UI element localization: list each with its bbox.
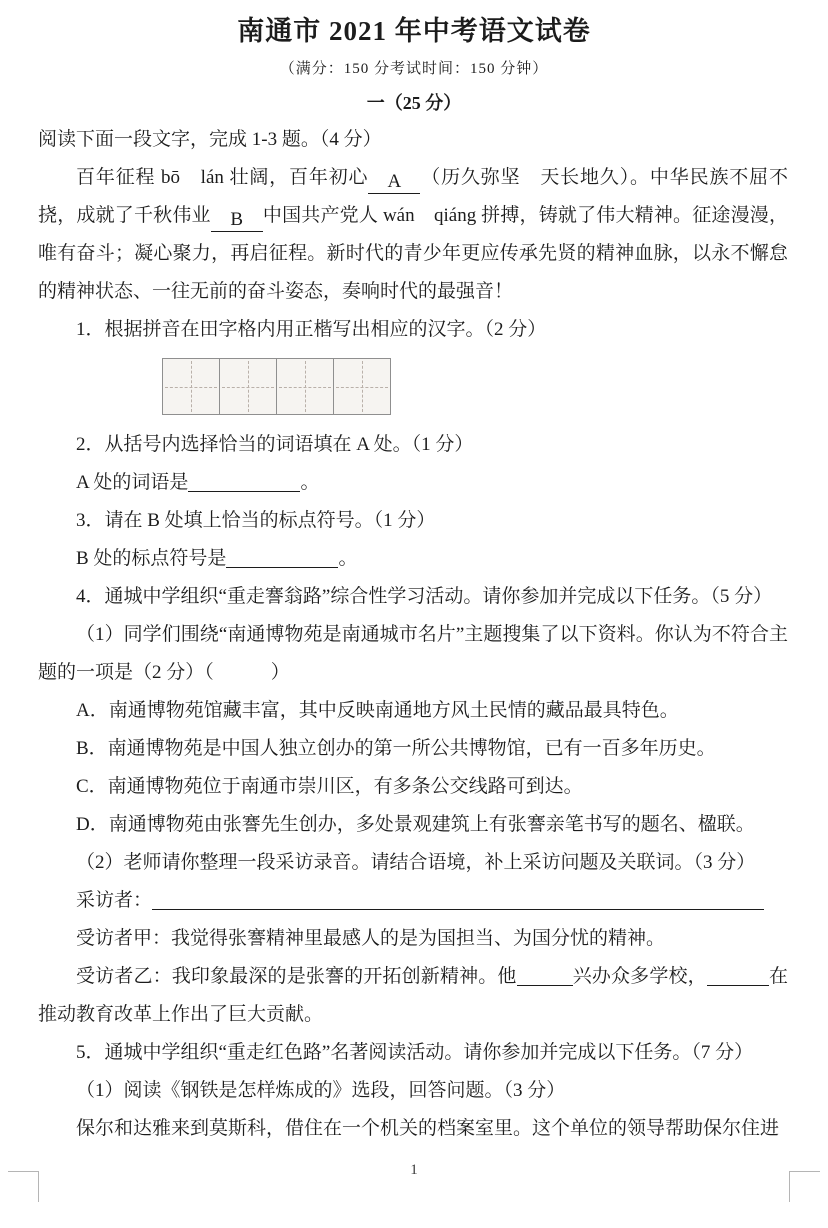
section-heading: 一（25 分） — [0, 92, 828, 114]
answer-blank[interactable]: A — [368, 169, 420, 194]
grid-dashed-hline — [279, 387, 331, 388]
writing-grid-cell[interactable] — [334, 359, 390, 414]
grid-dashed-hline — [165, 387, 217, 388]
interviewer-line: 采访者： — [38, 882, 788, 920]
grid-dashed-hline — [222, 387, 274, 388]
writing-grid-cell[interactable] — [277, 359, 334, 414]
document-body: 阅读下面一段文字，完成 1-3 题。（4 分）百年征程 bō lán 壮阔，百年… — [0, 114, 828, 1148]
answer-blank[interactable] — [707, 961, 769, 986]
text-run: 。 — [338, 548, 357, 569]
answer-blank[interactable]: B — [211, 207, 263, 232]
text-run: 5．通城中学组织“重走红色路”名著阅读活动。请你参加并完成以下任务。（7 分） — [76, 1042, 753, 1063]
document-subtitle: （满分：150 分考试时间：150 分钟） — [0, 59, 828, 79]
text-run: （2）老师请你整理一段采访录音。请结合语境，补上采访问题及关联词。（3 分） — [76, 852, 755, 873]
reading-passage-line: 保尔和达雅来到莫斯科，借住在一个机关的档案室里。这个单位的领导帮助保尔住进 — [38, 1110, 788, 1148]
intro-instruction: 阅读下面一段文字，完成 1-3 题。（4 分） — [38, 121, 788, 159]
question-3: 3．请在 B 处填上恰当的标点符号。（1 分） — [38, 502, 788, 540]
question-3-answer-line: B 处的标点符号是。 — [38, 540, 788, 578]
question-4: 4．通城中学组织“重走謇翁路”综合性学习活动。请你参加并完成以下任务。（5 分） — [38, 578, 788, 616]
question-2-answer-line: A 处的词语是。 — [38, 464, 788, 502]
text-run: 受访者乙：我印象最深的是张謇的开拓创新精神。他 — [76, 966, 517, 987]
option-d: D．南通博物苑由张謇先生创办，多处景观建筑上有张謇亲笔书写的题名、楹联。 — [38, 806, 788, 844]
answer-blank[interactable] — [188, 467, 300, 492]
text-run: 3．请在 B 处填上恰当的标点符号。（1 分） — [76, 510, 435, 531]
crop-mark-bottom-left — [8, 1171, 39, 1202]
question-5: 5．通城中学组织“重走红色路”名著阅读活动。请你参加并完成以下任务。（7 分） — [38, 1034, 788, 1072]
text-run: 4．通城中学组织“重走謇翁路”综合性学习活动。请你参加并完成以下任务。（5 分） — [76, 586, 772, 607]
answer-blank[interactable] — [517, 961, 573, 986]
question-4-2: （2）老师请你整理一段采访录音。请结合语境，补上采访问题及关联词。（3 分） — [38, 844, 788, 882]
pinyin-writing-grid — [162, 358, 391, 415]
text-run: B 处的标点符号是 — [76, 548, 226, 569]
text-run: 受访者甲：我觉得张謇精神里最感人的是为国担当、为国分忧的精神。 — [76, 928, 665, 949]
text-run: （1）同学们围绕“南通博物苑是南通城市名片”主题搜集了以下资料。你认为不符合主题… — [38, 624, 788, 683]
option-c: C．南通博物苑位于南通市崇川区，有多条公交线路可到达。 — [38, 768, 788, 806]
passage-paragraph: 百年征程 bō lán 壮阔，百年初心A（历久弥坚 天长地久）。中华民族不屈不挠… — [38, 159, 788, 311]
text-run: 保尔和达雅来到莫斯科，借住在一个机关的档案室里。这个单位的领导帮助保尔住进 — [76, 1118, 779, 1139]
question-4-1: （1）同学们围绕“南通博物苑是南通城市名片”主题搜集了以下资料。你认为不符合主题… — [38, 616, 788, 692]
text-run: C．南通博物苑位于南通市崇川区，有多条公交线路可到达。 — [76, 776, 583, 797]
interviewee-a-line: 受访者甲：我觉得张謇精神里最感人的是为国担当、为国分忧的精神。 — [38, 920, 788, 958]
exam-paper-page: 南通市 2021 年中考语文试卷 （满分：150 分考试时间：150 分钟） 一… — [0, 0, 828, 1228]
text-run: 。 — [300, 472, 319, 493]
crop-mark-bottom-right — [789, 1171, 820, 1202]
text-run: 2．从括号内选择恰当的词语填在 A 处。（1 分） — [76, 434, 473, 455]
answer-blank[interactable] — [226, 543, 338, 568]
text-run: B．南通博物苑是中国人独立创办的第一所公共博物馆，已有一百多年历史。 — [76, 738, 716, 759]
text-run: A 处的词语是 — [76, 472, 188, 493]
text-run: A．南通博物苑馆藏丰富，其中反映南通地方风土民情的藏品最具特色。 — [76, 700, 679, 721]
text-run: D．南通博物苑由张謇先生创办，多处景观建筑上有张謇亲笔书写的题名、楹联。 — [76, 814, 755, 835]
answer-blank[interactable] — [152, 885, 764, 910]
text-run: 兴办众多学校， — [573, 966, 707, 987]
writing-grid-cell[interactable] — [220, 359, 277, 414]
text-run: 百年征程 bō lán 壮阔，百年初心 — [76, 167, 368, 188]
writing-grid-cell[interactable] — [163, 359, 220, 414]
text-run: 阅读下面一段文字，完成 1-3 题。（4 分） — [38, 129, 382, 150]
text-run: 采访者： — [76, 890, 152, 911]
question-2: 2．从括号内选择恰当的词语填在 A 处。（1 分） — [38, 426, 788, 464]
question-1: 1．根据拼音在田字格内用正楷写出相应的汉字。（2 分） — [38, 311, 788, 349]
document-title: 南通市 2021 年中考语文试卷 — [0, 0, 828, 48]
page-number: 1 — [0, 1162, 828, 1179]
interviewee-b-line: 受访者乙：我印象最深的是张謇的开拓创新精神。他兴办众多学校，在推动教育改革上作出… — [38, 958, 788, 1034]
grid-dashed-hline — [336, 387, 388, 388]
question-5-1: （1）阅读《钢铁是怎样炼成的》选段，回答问题。（3 分） — [38, 1072, 788, 1110]
option-b: B．南通博物苑是中国人独立创办的第一所公共博物馆，已有一百多年历史。 — [38, 730, 788, 768]
option-a: A．南通博物苑馆藏丰富，其中反映南通地方风土民情的藏品最具特色。 — [38, 692, 788, 730]
text-run: （1）阅读《钢铁是怎样炼成的》选段，回答问题。（3 分） — [76, 1080, 565, 1101]
text-run: 1．根据拼音在田字格内用正楷写出相应的汉字。（2 分） — [76, 319, 546, 340]
